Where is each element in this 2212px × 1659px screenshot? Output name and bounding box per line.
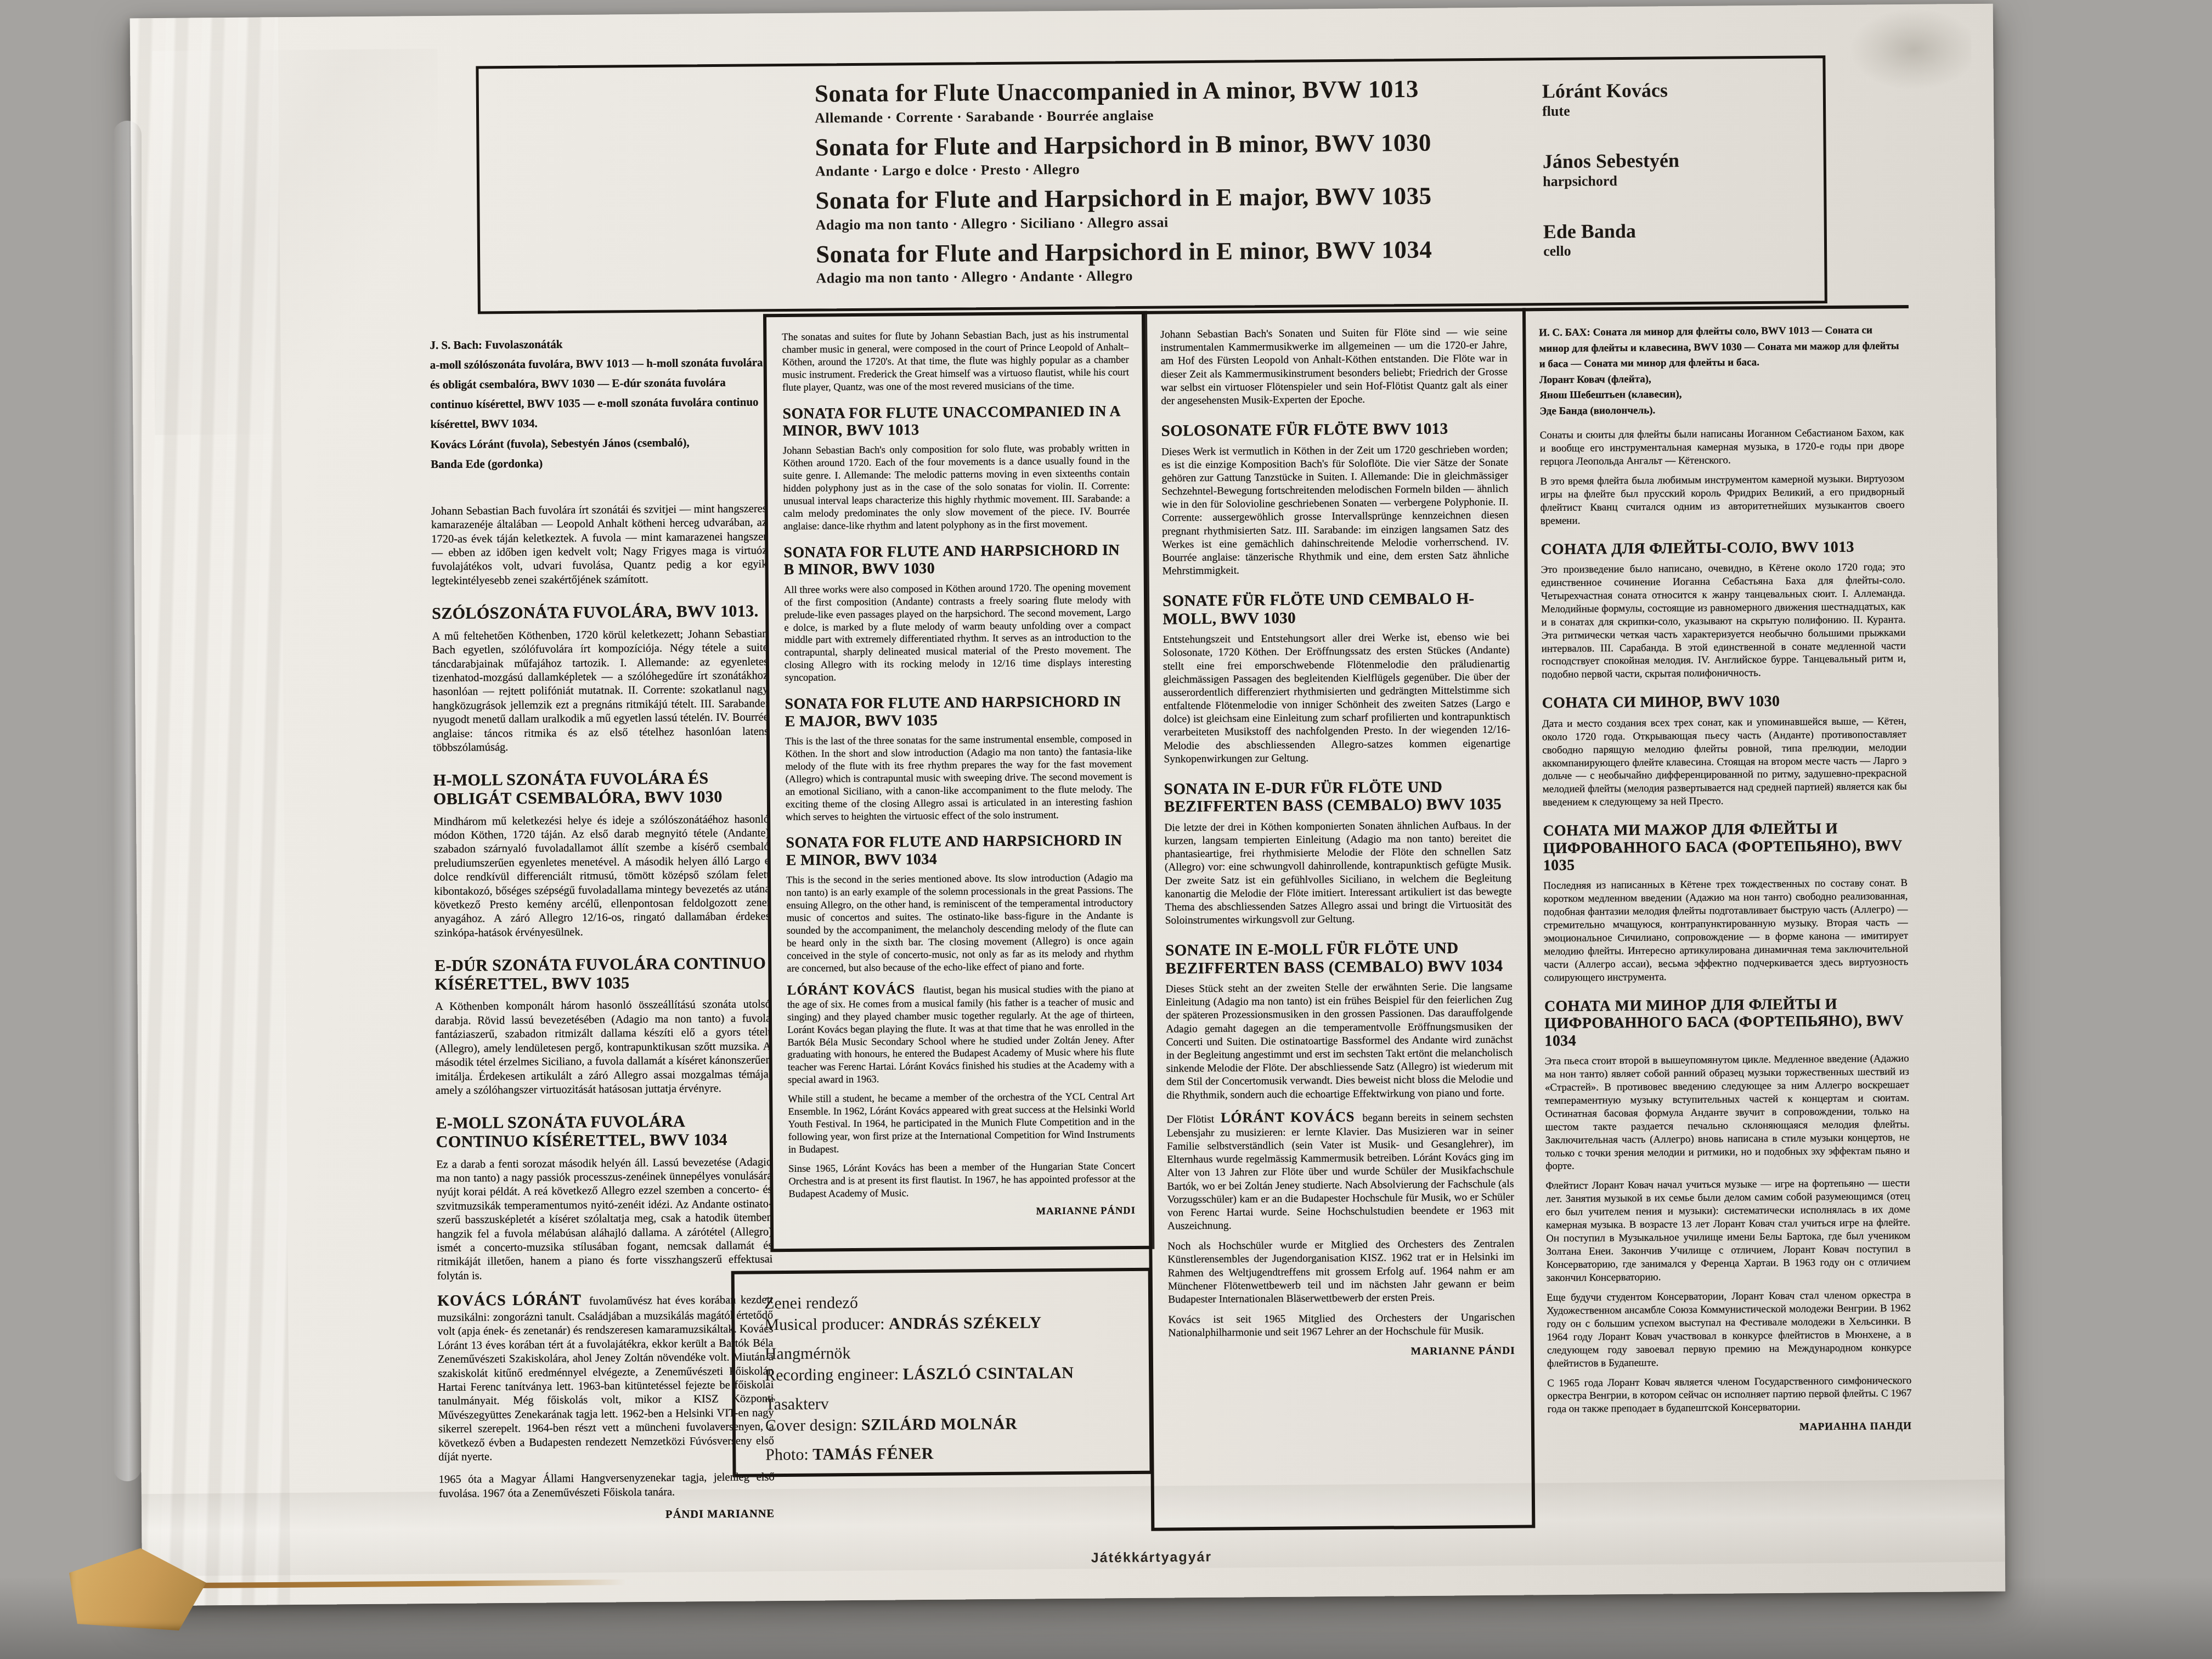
byline-hu: PÁNDI MARIANNE xyxy=(439,1507,775,1523)
section-body: Dieses Stück steht an der zweiten Stelle… xyxy=(1166,980,1514,1103)
artist-bio-hu: KOVÁCS LÓRÁNTfuvolaművész hat éves koráb… xyxy=(437,1289,774,1464)
artist-bio-hu-2: 1965 óta a Magyar Állami Hangversenyzene… xyxy=(439,1471,775,1502)
artist-name: LÓRÁNT KOVÁCS xyxy=(1221,1109,1355,1126)
work-entry: Sonata for Flute Unaccompanied in A mino… xyxy=(815,75,1550,126)
credit-row-engineer: Hangmérnök Recording engineer: LÁSZLÓ CS… xyxy=(765,1340,1149,1386)
section-heading: E-MOLL SZONÁTA FUVOLÁRA CONTINUO KÍSÉRET… xyxy=(436,1112,772,1152)
performers-list: Lóránt Kovács flute János Sebestyén harp… xyxy=(1542,79,1802,291)
section-body: Последняя из написанных в Кётене трех то… xyxy=(1543,877,1908,985)
section-body: Эта пьеса стоит второй в вышеупомянутом … xyxy=(1545,1052,1910,1173)
work-entry: Sonata for Flute and Harpsichord in B mi… xyxy=(815,128,1550,180)
artist-bio-text: flautist, began his musical studies with… xyxy=(787,984,1135,1086)
section-heading: СОНАТА МИ МИНОР ДЛЯ ФЛЕЙТЫ И ЦИФРОВАННОГ… xyxy=(1544,995,1909,1049)
intro-paragraph-en: The sonatas and suites for flute by Joha… xyxy=(782,329,1129,394)
performer-entry: Lóránt Kovács flute xyxy=(1542,79,1801,119)
byline-ru: МАРИАННА ПАНДИ xyxy=(1548,1420,1912,1436)
artist-bio-en-3: Sinse 1965, Lóránt Kovács has been a mem… xyxy=(788,1160,1136,1201)
record-sleeve-back-photo: Sonata for Flute Unaccompanied in A mino… xyxy=(0,0,2212,1659)
artist-bio-de-2: Noch als Hochschüler wurde er Mitglied d… xyxy=(1167,1238,1515,1307)
russian-credits-head: И. С. БАХ: Соната ля минор для флейты со… xyxy=(1539,323,1904,419)
section-body: Entstehungszeit und Entstehungsort aller… xyxy=(1163,631,1511,766)
section-heading: SZÓLÓSZONÁTA FUVOLÁRA, BWV 1013. xyxy=(432,602,768,623)
credit-name: ANDRÁS SZÉKELY xyxy=(889,1313,1042,1333)
title-box: Sonata for Flute Unaccompanied in A mino… xyxy=(476,55,1827,314)
performer-entry: János Sebestyén harpsichord xyxy=(1543,149,1801,189)
performer-instrument: flute xyxy=(1542,101,1800,120)
artist-bio-de-3: Kovács ist seit 1965 Mitglied des Orches… xyxy=(1168,1311,1515,1340)
works-list: Sonata for Flute Unaccompanied in A mino… xyxy=(815,75,1551,295)
hungarian-credits-head: J. S. Bach: Fuvolaszonáták a-moll szólós… xyxy=(430,332,766,474)
section-body: Johann Sebastian Bach's only composition… xyxy=(783,442,1130,533)
work-title: Sonata for Flute and Harpsichord in E mi… xyxy=(816,235,1551,268)
section-heading: SONATA FOR FLUTE UNACCOMPANIED IN A MINO… xyxy=(782,403,1129,440)
section-body: This is the last of the three sonatas fo… xyxy=(785,733,1132,824)
german-column: Johann Sebastian Bach's Sonaten und Suit… xyxy=(1142,308,1535,1531)
artist-bio-en-2: While still a student, he became a membe… xyxy=(788,1091,1135,1156)
section-body: Mindhárom mű keletkezési helye és ideje … xyxy=(433,812,770,940)
credit-name: TAMÁS FÉNER xyxy=(812,1444,934,1464)
section-heading: SONATE IN E-MOLL FÜR FLÖTE UND BEZIFFERT… xyxy=(1165,939,1512,978)
credit-label-en: Cover design: xyxy=(765,1416,857,1435)
work-movements: Adagio ma non tanto · Allegro · Sicilian… xyxy=(816,211,1551,234)
credits-footer: Hungaroton recording. Made in Hungary xyxy=(766,1471,1150,1477)
performers-hu-2: Banda Ede (gordonka) xyxy=(431,452,766,474)
intro-paragraph-de: Johann Sebastian Bach's Sonaten und Suit… xyxy=(1160,326,1508,408)
work-title: Sonata for Flute and Harpsichord in E ma… xyxy=(815,182,1550,214)
section-body: This is the second in the series mention… xyxy=(786,872,1133,975)
credit-row-photo: Photo: TAMÁS FÉNER xyxy=(765,1441,1149,1465)
paper-stain xyxy=(1829,9,1972,109)
section-body: A Köthenben komponált három hasonló össz… xyxy=(435,998,771,1098)
credit-row-producer: Zenei rendező Musical producer: ANDRÁS S… xyxy=(764,1290,1149,1335)
section-heading: E-DÚR SZONÁTA FUVOLÁRA CONTINUO KÍSÉRETT… xyxy=(435,955,771,994)
section-heading: SONATE FÜR FLÖTE UND CEMBALO H-MOLL, BWV… xyxy=(1163,590,1509,628)
performers-hu: Kovács Lóránt (fuvola), Sebestyén János … xyxy=(431,432,766,454)
performer-name: Lóránt Kovács xyxy=(1542,79,1800,101)
english-column: The sonatas and suites for flute by Joha… xyxy=(763,311,1154,1252)
section-body: A mű feltehetően Köthenben, 1720 körül k… xyxy=(432,627,769,755)
work-title: Sonata for Flute and Harpsichord in B mi… xyxy=(815,128,1550,161)
credits-box: Zenei rendező Musical producer: ANDRÁS S… xyxy=(731,1268,1153,1477)
section-heading: H-MOLL SZONÁTA FUVOLÁRA ÉS OBLIGÁT CSEMB… xyxy=(433,769,769,809)
credit-line: Recording engineer: LÁSZLÓ CSINTALAN xyxy=(765,1362,1149,1386)
artist-bio-en: LÓRÁNT KOVÁCSflautist, began his musical… xyxy=(787,979,1135,1087)
section-body: Дата и место создания всех трех сонат, к… xyxy=(1542,715,1907,810)
artist-name: LÓRÁNT KOVÁCS xyxy=(787,982,916,998)
hungarian-column: J. S. Bach: Fuvolaszonáták a-moll szólós… xyxy=(430,332,775,1553)
performer-instrument: cello xyxy=(1543,241,1801,260)
credit-label-hu: Zenei rendező xyxy=(764,1290,1148,1314)
bio-prefix: Der Flötist xyxy=(1166,1114,1214,1126)
section-heading: SONATA FOR FLUTE AND HARPSICHORD IN E MA… xyxy=(785,693,1131,730)
performer-name: Ede Banda xyxy=(1543,219,1801,242)
section-body: Die letzte der drei in Köthen komponiert… xyxy=(1164,819,1511,927)
credit-line: Musical producer: ANDRÁS SZÉKELY xyxy=(764,1311,1148,1335)
performer-name: János Sebestyén xyxy=(1543,149,1801,172)
plastic-sheen xyxy=(130,17,291,1606)
factory-mark: Játékkártyagyár xyxy=(1091,1549,1212,1566)
paper-crease xyxy=(152,49,440,435)
russian-column: И. С. БАХ: Соната ля минор для флейты со… xyxy=(1522,305,1918,1587)
section-heading: СОНАТА СИ МИНОР, BWV 1030 xyxy=(1542,692,1906,712)
byline-de: MARIANNE PÁNDI xyxy=(1169,1345,1515,1361)
section-heading: SONATA IN E-DUR FÜR FLÖTE UND BEZIFFERTE… xyxy=(1164,778,1511,816)
performer-ru: Эде Банда (виолончель). xyxy=(1539,401,1904,420)
works-run-hu: a-moll szólószonáta fuvolára, BWV 1013 —… xyxy=(430,352,766,434)
credit-label-hu: Hangmérnök xyxy=(765,1340,1149,1364)
credit-line: Photo: TAMÁS FÉNER xyxy=(765,1441,1149,1465)
lp-back-cover: Sonata for Flute Unaccompanied in A mino… xyxy=(130,4,2006,1606)
credit-label-en: Musical producer: xyxy=(764,1315,884,1334)
plastic-liner-edge xyxy=(113,121,142,1481)
credit-row-cover: Tasakterv Cover design: SZILÁRD MOLNÁR xyxy=(765,1391,1149,1436)
intro-paragraph-ru: Сонаты и сюиты для флейты были написаны … xyxy=(1540,426,1905,469)
artist-bio-text: begann bereits in seinem sechsten Lebens… xyxy=(1167,1111,1514,1232)
work-entry: Sonata for Flute and Harpsichord in E ma… xyxy=(815,182,1551,233)
section-heading: SOLOSONATE FÜR FLÖTE BWV 1013 xyxy=(1161,420,1508,440)
performer-instrument: harpsichord xyxy=(1543,171,1801,190)
section-heading: СОНАТА МИ МАЖОР ДЛЯ ФЛЕЙТЫ И ЦИФРОВАННОГ… xyxy=(1543,820,1908,874)
section-body: All three works were also composed in Kö… xyxy=(784,582,1131,685)
credit-name: SZILÁRD MOLNÁR xyxy=(861,1415,1018,1434)
credit-name: LÁSZLÓ CSINTALAN xyxy=(903,1364,1074,1383)
section-heading: SONATA FOR FLUTE AND HARPSICHORD IN E MI… xyxy=(786,832,1132,870)
section-heading: SONATA FOR FLUTE AND HARPSICHORD IN B MI… xyxy=(783,541,1130,579)
artist-bio-ru-3: С 1965 года Лорант Ковач является членом… xyxy=(1547,1374,1912,1416)
intro-paragraph-hu: Johann Sebastian Bach fuvolára írt szoná… xyxy=(431,502,768,588)
intro-paragraph-ru-2: В это время флейта была любимым инструме… xyxy=(1540,472,1905,528)
credit-label-en: Recording engineer: xyxy=(765,1365,899,1384)
work-movements: Adagio ma non tanto · Allegro · Andante … xyxy=(816,264,1551,287)
work-entry: Sonata for Flute and Harpsichord in E mi… xyxy=(816,235,1551,287)
work-title: Sonata for Flute Unaccompanied in A mino… xyxy=(815,75,1550,107)
performer-entry: Ede Banda cello xyxy=(1543,219,1802,259)
artist-bio-ru: Флейтист Лорант Ковач начал учиться музы… xyxy=(1545,1177,1910,1285)
section-body: Dieses Werk ist vermutlich in Köthen in … xyxy=(1161,443,1509,578)
artist-bio-de: Der FlötistLÓRÁNT KOVÁCSbegann bereits i… xyxy=(1166,1107,1514,1233)
work-movements: Allemande · Corrente · Sarabande · Bourr… xyxy=(815,104,1550,127)
artist-bio-text: fuvolaművész hat éves korában kezdett mu… xyxy=(437,1294,774,1463)
work-movements: Andante · Largo e dolce · Presto · Alleg… xyxy=(815,157,1550,180)
section-body: Ez a darab a fenti sorozat második helyé… xyxy=(436,1155,773,1283)
artist-bio-ru-2: Еще будучи студентом Консерватории, Лора… xyxy=(1547,1289,1911,1370)
artist-name: KOVÁCS LÓRÁNT xyxy=(437,1291,582,1310)
credit-label-hu: Tasakterv xyxy=(765,1391,1149,1415)
section-body: Это произведение было написано, очевидно… xyxy=(1541,561,1906,682)
section-heading: СОНАТА ДЛЯ ФЛЕЙТЫ-СОЛО, BWV 1013 xyxy=(1541,538,1905,558)
byline-en: MARIANNE PÁNDI xyxy=(789,1205,1136,1220)
credit-label-en: Photo: xyxy=(765,1446,809,1464)
works-run-ru: И. С. БАХ: Соната ля минор для флейты со… xyxy=(1539,323,1904,373)
credit-line: Cover design: SZILÁRD MOLNÁR xyxy=(765,1412,1149,1436)
album-title-hu: J. S. Bach: Fuvolaszonáták xyxy=(430,332,765,355)
